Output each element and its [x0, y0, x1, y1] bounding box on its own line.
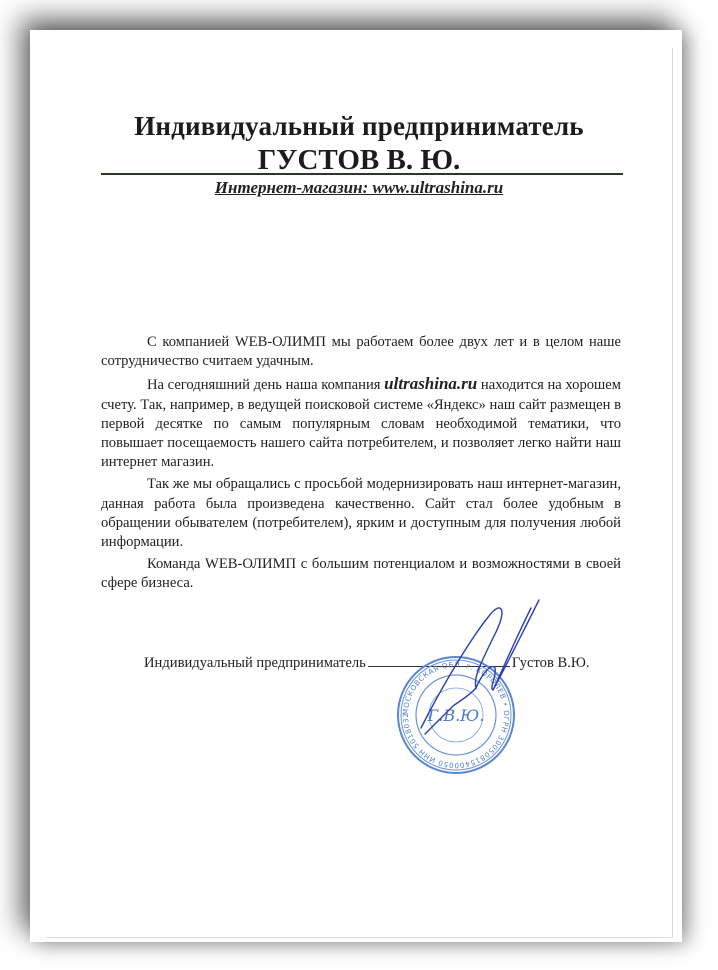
paragraph-1: С компанией WEB-ОЛИМП мы работаем более … [101, 333, 621, 371]
company-site-emphasis: ultrashina.ru [384, 374, 477, 393]
paragraph-2: На сегодняшний день наша компания ultras… [101, 374, 621, 472]
handwritten-signature [381, 578, 541, 778]
letter-body: С компанией WEB-ОЛИМП мы работаем более … [101, 333, 621, 594]
paragraph-3: Так же мы обращались с просьбой модерниз… [101, 475, 621, 552]
letterhead-website: Интернет-магазин: www.ultrashina.ru [46, 178, 672, 198]
paragraph-4: Команда WEB-ОЛИМП с большим потенциалом … [101, 555, 621, 593]
signer-position: Индивидуальный предприниматель [144, 655, 366, 671]
letterhead-divider [101, 173, 623, 175]
paragraph-2-start: На сегодняшний день наша компания [147, 377, 384, 393]
letter-page: Индивидуальный предприниматель ГУСТОВ В.… [46, 48, 673, 938]
letterhead-title: Индивидуальный предприниматель [46, 111, 672, 142]
